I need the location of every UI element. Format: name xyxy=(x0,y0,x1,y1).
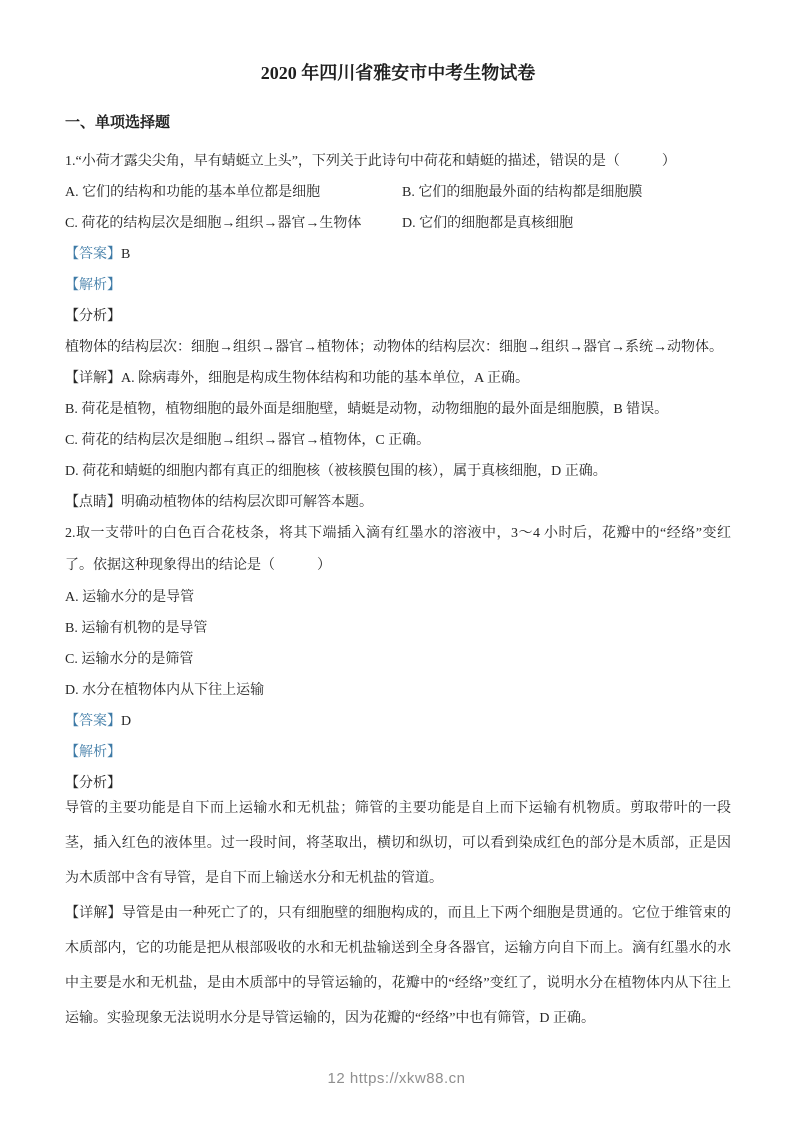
question-1-tip-text: 明确动植物体的结构层次即可解答本题。 xyxy=(121,495,373,510)
question-1-tip-line: 【点睛】明确动植物体的结构层次即可解答本题。 xyxy=(65,487,731,518)
detail-label: 【详解】 xyxy=(65,371,121,386)
question-1-answer-line: 【答案】B xyxy=(65,239,731,270)
question-2-detail: 【详解】导管是由一种死亡了的，只有细胞壁的细胞构成的，而且上下两个细胞是贯通的。… xyxy=(65,896,731,1036)
question-2-answer-value: D xyxy=(121,714,131,729)
question-1-detail-a-text: A. 除病毒外，细胞是构成生物体结构和功能的基本单位，A 正确。 xyxy=(121,371,529,386)
question-1-analysis-label-line: 【分析】 xyxy=(65,301,731,332)
question-1-option-c: C. 荷花的结构层次是细胞→组织→器官→生物体 xyxy=(65,208,402,239)
page-title: 2020 年四川省雅安市中考生物试卷 xyxy=(65,58,731,88)
question-1-answer-value: B xyxy=(121,247,130,262)
question-2-analysis-text: 导管的主要功能是自下而上运输水和无机盐；筛管的主要功能是自上而下运输有机物质。剪… xyxy=(65,791,731,896)
answer-label: 【答案】 xyxy=(65,714,121,729)
question-1-explanation-line: 【解析】 xyxy=(65,270,731,301)
question-1-detail-c: C. 荷花的结构层次是细胞→组织→器官→植物体，C 正确。 xyxy=(65,425,731,456)
question-1-analysis-text: 植物体的结构层次：细胞→组织→器官→植物体；动物体的结构层次：细胞→组织→器官→… xyxy=(65,332,731,363)
question-1-option-a: A. 它们的结构和功能的基本单位都是细胞 xyxy=(65,177,402,208)
question-1-option-d: D. 它们的细胞都是真核细胞 xyxy=(402,208,573,239)
question-2-explanation-line: 【解析】 xyxy=(65,737,731,768)
detail-label: 【详解】 xyxy=(65,906,122,921)
question-1-detail-a: 【详解】A. 除病毒外，细胞是构成生物体结构和功能的基本单位，A 正确。 xyxy=(65,363,731,394)
answer-label: 【答案】 xyxy=(65,247,121,262)
question-1-options-row-1: A. 它们的结构和功能的基本单位都是细胞 B. 它们的细胞最外面的结构都是细胞膜 xyxy=(65,177,731,208)
analysis-label: 【分析】 xyxy=(65,309,121,324)
question-2-answer-line: 【答案】D xyxy=(65,706,731,737)
section-heading: 一、单项选择题 xyxy=(65,112,731,134)
question-2-option-d: D. 水分在植物体内从下往上运输 xyxy=(65,675,731,706)
analysis-label: 【分析】 xyxy=(65,776,121,791)
explanation-label: 【解析】 xyxy=(65,278,121,293)
question-1-detail-b: B. 荷花是植物，植物细胞的最外面是细胞壁，蜻蜓是动物，动物细胞的最外面是细胞膜… xyxy=(65,394,731,425)
question-1-detail-d: D. 荷花和蜻蜓的细胞内都有真正的细胞核（被核膜包围的核），属于真核细胞，D 正… xyxy=(65,456,731,487)
question-2-option-c: C. 运输水分的是筛管 xyxy=(65,644,731,675)
question-1-stem: 1.“小荷才露尖尖角，早有蜻蜓立上头”，下列关于此诗句中荷花和蜻蜓的描述，错误的… xyxy=(65,146,731,177)
question-2-stem: 2.取一支带叶的白色百合花枝条，将其下端插入滴有红墨水的溶液中，3～4 小时后，… xyxy=(65,518,731,582)
question-2-option-b: B. 运输有机物的是导管 xyxy=(65,613,731,644)
question-2-detail-text: 导管是由一种死亡了的，只有细胞壁的细胞构成的，而且上下两个细胞是贯通的。它位于维… xyxy=(65,906,731,1026)
document-page: 2020 年四川省雅安市中考生物试卷 一、单项选择题 1.“小荷才露尖尖角，早有… xyxy=(0,0,793,1122)
tip-label: 【点睛】 xyxy=(65,495,121,510)
page-footer: 12 https://xkw88.cn xyxy=(0,1070,793,1087)
question-1-options-row-2: C. 荷花的结构层次是细胞→组织→器官→生物体 D. 它们的细胞都是真核细胞 xyxy=(65,208,731,239)
question-2-option-a: A. 运输水分的是导管 xyxy=(65,582,731,613)
question-1-option-b: B. 它们的细胞最外面的结构都是细胞膜 xyxy=(402,177,642,208)
explanation-label: 【解析】 xyxy=(65,745,121,760)
